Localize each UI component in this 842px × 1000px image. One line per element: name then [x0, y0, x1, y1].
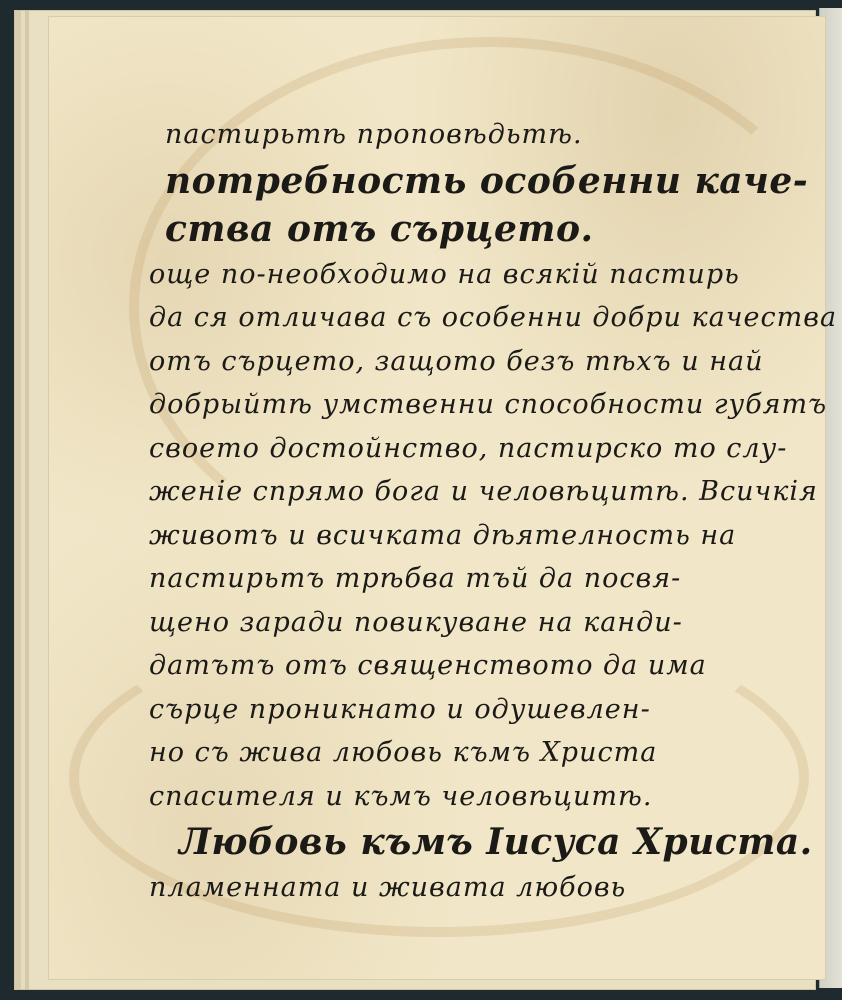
section-heading: ства отъ сърцето. — [149, 205, 769, 253]
text-line: животъ и всичката дѣятелность на — [149, 514, 769, 558]
text-line: пастирьтѣ проповѣдьтѣ. — [149, 113, 769, 157]
text-line: датътъ отъ священството да има — [149, 644, 769, 688]
text-line: да ся отличава съ особенни добри качеств… — [149, 296, 769, 340]
text-line: още по-необходимо на всякій пастирь — [149, 253, 769, 297]
text-line: спасителя и къмъ человѣцитѣ. — [149, 775, 769, 819]
text-line: пламенната и живата любовь — [149, 866, 769, 910]
text-line: пастирьтъ трѣбва тъй да посвя- — [149, 557, 769, 601]
text-line: женіе спрямо бога и человѣцитѣ. Всичкія — [149, 470, 769, 514]
text-line: но съ жива любовь къмъ Христа — [149, 731, 769, 775]
text-line: щено заради повикуване на канди- — [149, 601, 769, 645]
section-heading: потребность особенни каче- — [149, 157, 769, 205]
text-line: отъ сърцето, защото безъ тѣхъ и най — [149, 340, 769, 384]
section-heading: Любовь къмъ Іисуса Христа. — [149, 818, 769, 866]
text-line: добрыйтѣ умственни способности губятъ — [149, 383, 769, 427]
manuscript-page: пастирьтѣ проповѣдьтѣ. потребность особе… — [48, 16, 826, 980]
text-line: сърце проникнато и одушевлен- — [149, 688, 769, 732]
handwritten-text-block: пастирьтѣ проповѣдьтѣ. потребность особе… — [149, 113, 769, 910]
text-line: своето достойнство, пастирско то слу- — [149, 427, 769, 471]
